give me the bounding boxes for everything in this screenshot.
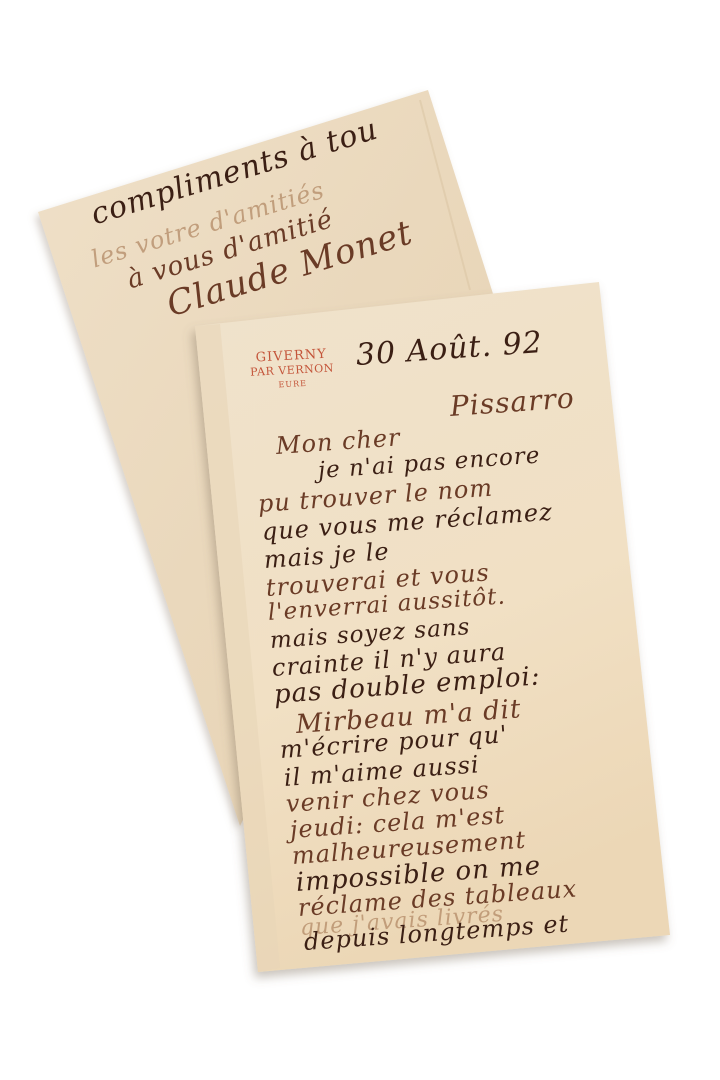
letterhead: GIVERNY PAR VERNON EURE <box>246 347 338 390</box>
front-letter-sheet: GIVERNY PAR VERNON EURE 30 Août. 92 Piss… <box>0 0 720 1080</box>
